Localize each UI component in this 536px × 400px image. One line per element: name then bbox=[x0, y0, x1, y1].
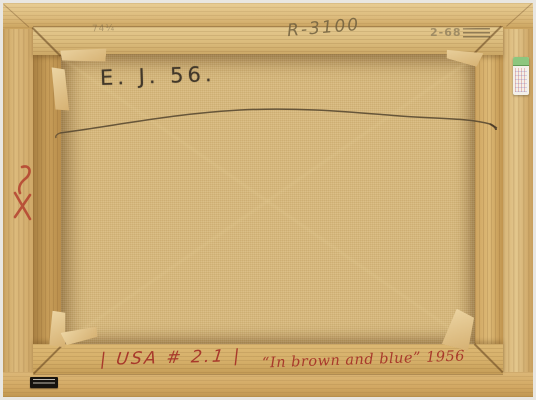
black-label-fine-print bbox=[33, 379, 55, 386]
canvas-crease-diagonal-1 bbox=[62, 58, 474, 345]
sticker-fine-print bbox=[515, 68, 527, 92]
canvas-reverse bbox=[61, 54, 475, 344]
artist-initials-inscription: E. J. 56. bbox=[100, 62, 216, 90]
outer-frame-left-bar bbox=[3, 3, 33, 397]
small-ink-stamp bbox=[463, 28, 490, 39]
outer-frame-bottom-bar bbox=[3, 372, 533, 397]
barcode-sticker bbox=[513, 57, 529, 95]
small-black-label bbox=[30, 377, 58, 388]
stretcher-right-bar bbox=[475, 26, 503, 374]
sticker-green-strip bbox=[513, 57, 529, 66]
photo-back-of-painting: 74¼ R-3100 2-68 E. J. 56. | USA # 2.1 | … bbox=[0, 0, 536, 400]
red-catalog-number-inscription: | USA # 2.1 | bbox=[99, 346, 243, 370]
canvas-crease-diagonal-2 bbox=[63, 57, 475, 344]
pencil-size-note: 74¼ bbox=[92, 24, 116, 35]
date-stamp: 2-68 bbox=[430, 26, 462, 39]
